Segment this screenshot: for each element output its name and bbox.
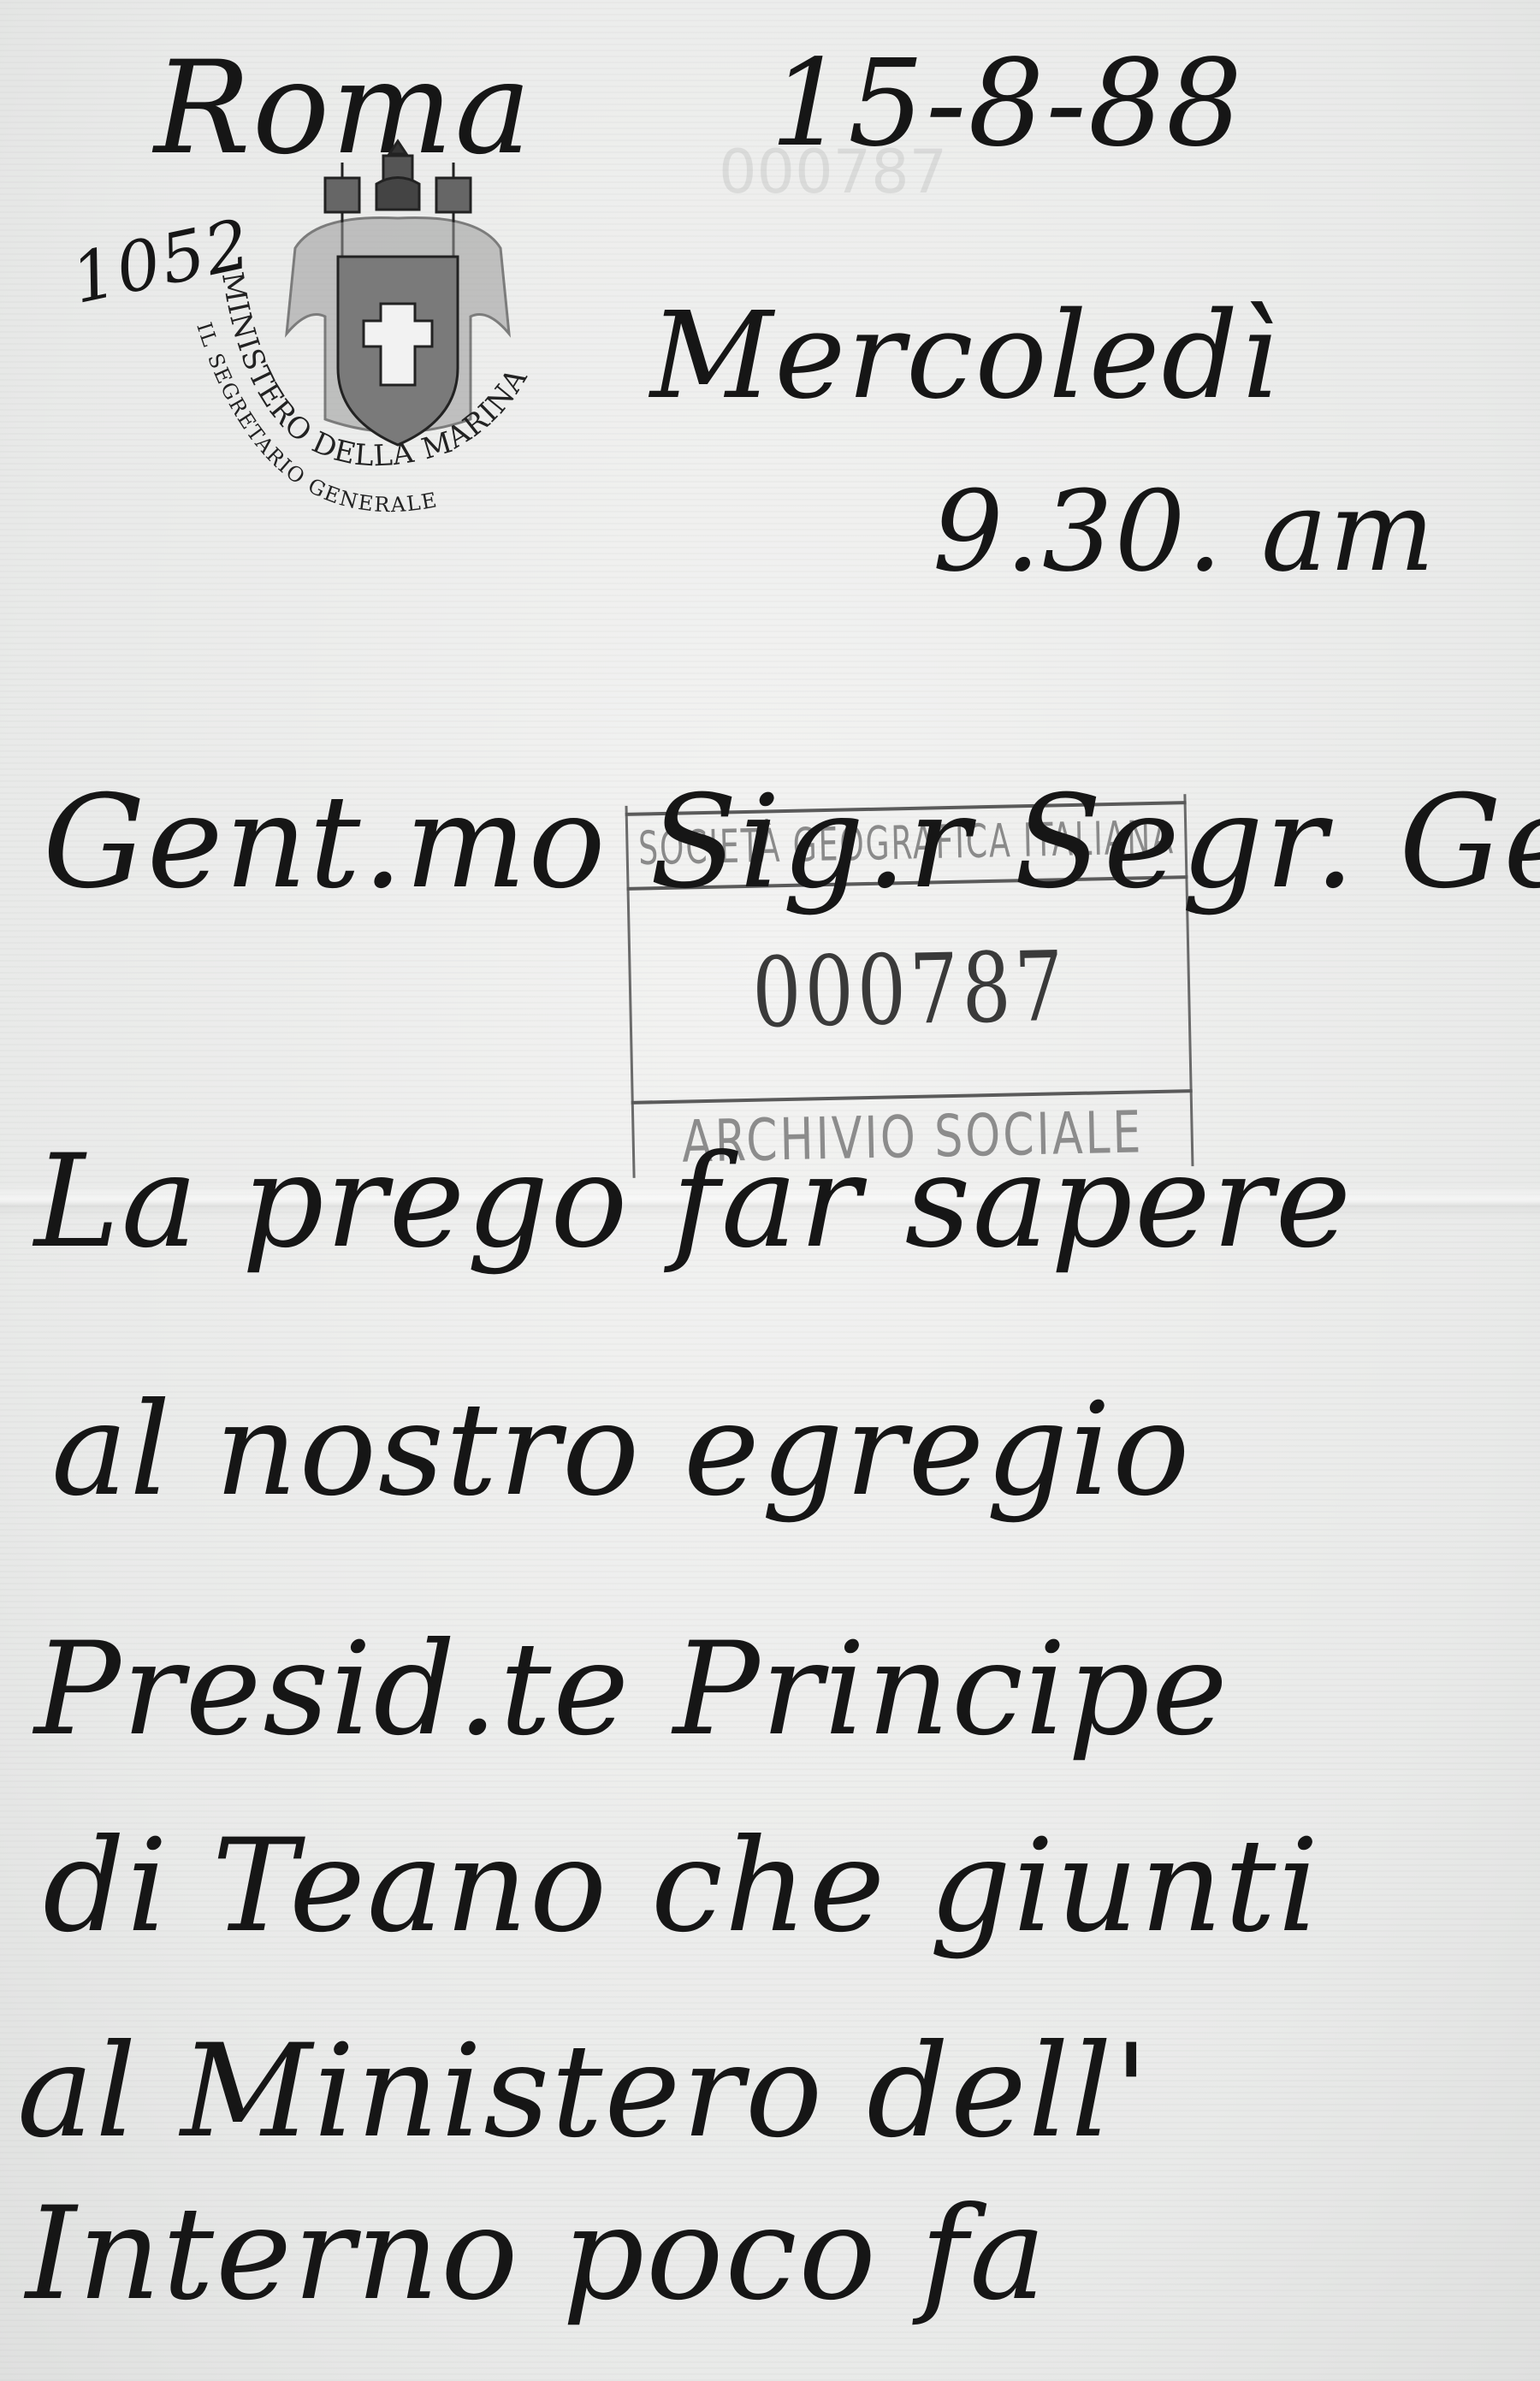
letterhead-text-arc: MINISTERO DELLA MARINA IL SEGRETARIO GEN… <box>163 240 625 548</box>
body-line: Presid.te Principe <box>34 1626 1229 1754</box>
body-line: di Teano che giunti <box>43 1822 1320 1951</box>
body-line: La prego far sapere <box>34 1138 1353 1266</box>
body-line: Interno poco fa <box>26 2190 1047 2319</box>
ministry-letterhead: MINISTERO DELLA MARINA IL SEGRETARIO GEN… <box>214 137 590 496</box>
salutation: Gent.mo Sig.r Segr. Generale <box>43 779 1540 907</box>
body-line: al Ministero dell' <box>17 2028 1151 2156</box>
body-line: al nostro egregio <box>51 1386 1192 1514</box>
header-day: Mercoledì <box>650 287 1280 426</box>
svg-text:IL SEGRETARIO GENERALE: IL SEGRETARIO GENERALE <box>192 319 440 517</box>
header-time: 9.30. am <box>933 466 1436 596</box>
letterhead-office: IL SEGRETARIO GENERALE <box>192 319 440 517</box>
header-date: 15-8-88 <box>770 34 1244 174</box>
letter-page: 000787 Roma 15-8-88 1052 <box>0 0 1540 2381</box>
stamp-number: 000787 <box>631 928 1189 1052</box>
